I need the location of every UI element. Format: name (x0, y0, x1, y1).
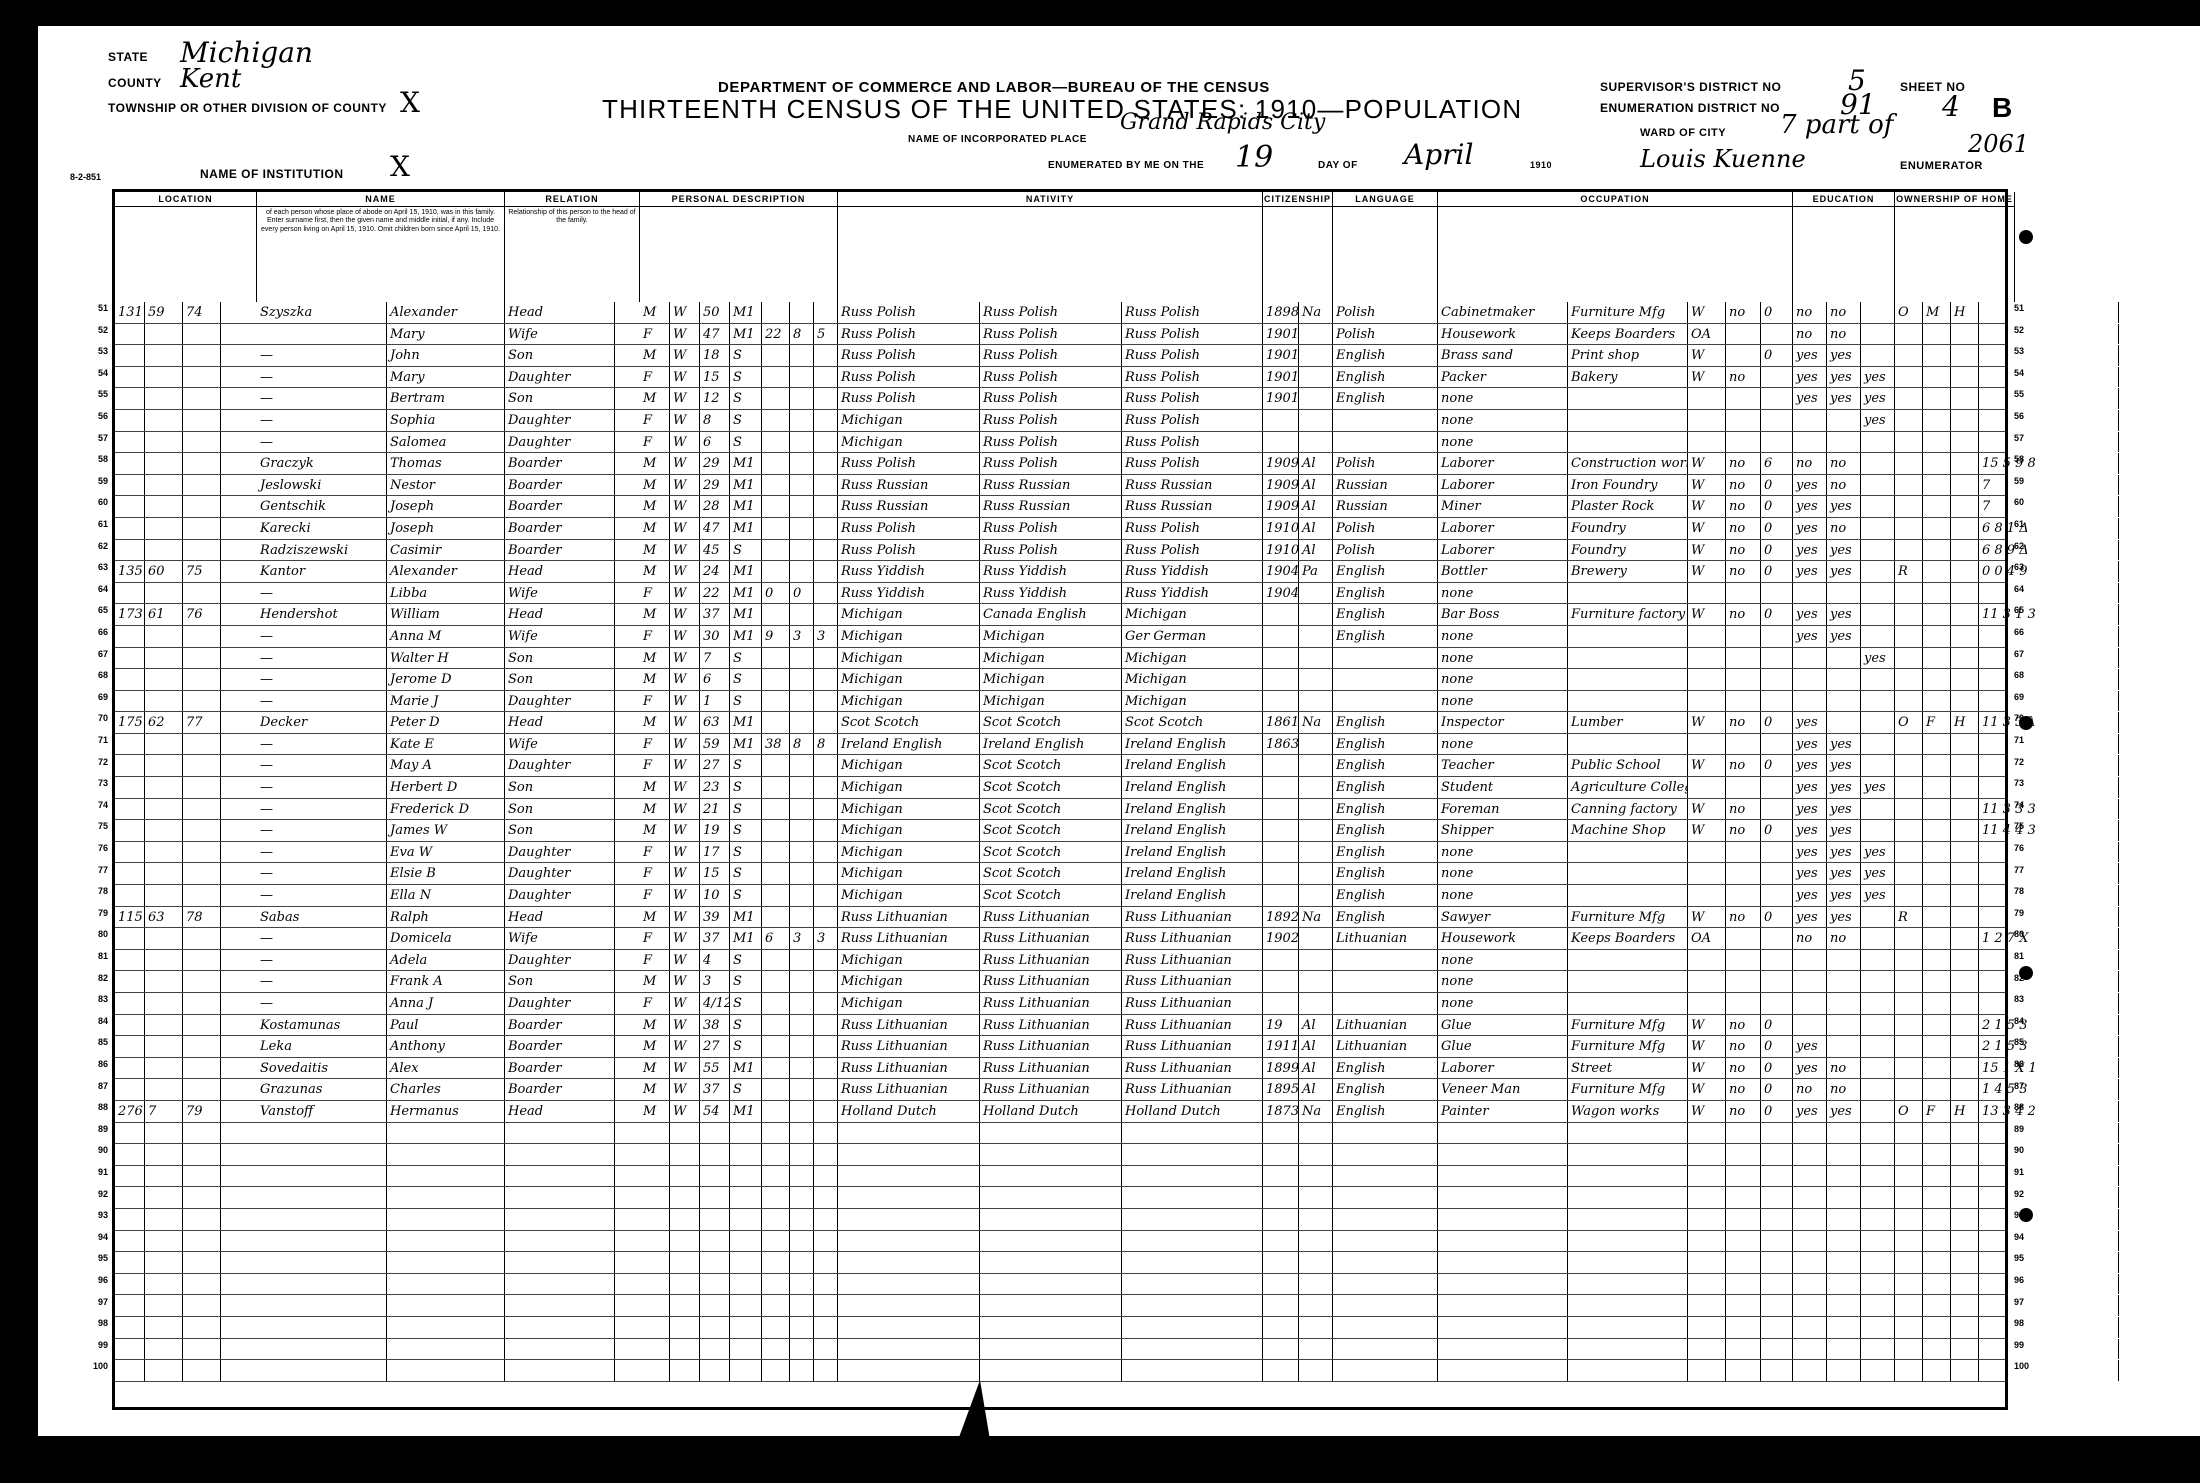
table-row: 1736176HendershotWilliamHeadMW37M1Michig… (115, 604, 2005, 626)
cell-lang (1333, 1360, 1438, 1381)
cell-father: Scot Scotch (980, 755, 1122, 776)
cell-nat: Al (1299, 1079, 1333, 1100)
cell-living (814, 1079, 838, 1100)
cell-weeks: 0 (1761, 475, 1793, 496)
cell-lang: English (1333, 777, 1438, 798)
cell-house (115, 648, 145, 669)
cell-farm (1951, 1339, 1979, 1360)
cell-given: Walter H (387, 648, 505, 669)
cell-given: John (387, 345, 505, 366)
cell-out: no (1726, 367, 1761, 388)
cell-race (670, 1123, 700, 1144)
cell-occupation: none (1438, 863, 1568, 884)
cell-father: Holland Dutch (980, 1101, 1122, 1122)
cell-dwelling (145, 367, 183, 388)
cell-out: no (1726, 1079, 1761, 1100)
county-label: COUNTY (108, 76, 162, 90)
cell-read: no (1793, 302, 1827, 323)
cell-out (1726, 1231, 1761, 1252)
cell-yrs-married (762, 1274, 790, 1295)
cell-own (1895, 928, 1923, 949)
cell-write (1827, 583, 1861, 604)
cell-father (980, 1252, 1122, 1273)
cell-weeks (1761, 367, 1793, 388)
cell-race: W (670, 367, 700, 388)
cell-marital: M1 (730, 453, 762, 474)
cell-marital: S (730, 540, 762, 561)
cell-yrs-married (762, 345, 790, 366)
cell-yrs-married (762, 842, 790, 863)
cell-father: Russ Polish (980, 432, 1122, 453)
cell-occupation: Miner (1438, 496, 1568, 517)
cell-industry (1568, 1360, 1688, 1381)
cell-surname: Gentschik (257, 496, 387, 517)
cell-class: W (1688, 1079, 1726, 1100)
cell-free (1923, 1036, 1951, 1057)
cell-living: 3 (814, 626, 838, 647)
cell-free (1923, 345, 1951, 366)
cell-codes: 0 0 4 9 (1979, 561, 2119, 582)
cell-read: yes (1793, 755, 1827, 776)
cell-race: W (670, 755, 700, 776)
line-number-right: 81 (2014, 951, 2036, 961)
cell-age: 59 (700, 734, 730, 755)
cell-class: W (1688, 712, 1726, 733)
paper-tear (958, 1380, 990, 1440)
cell-out (1726, 734, 1761, 755)
cell-living (814, 648, 838, 669)
cell-house (115, 345, 145, 366)
ward-extra: 2061 (1968, 130, 2029, 158)
table-row: KareckiJosephBoarderMW47M1Russ PolishRus… (115, 518, 2005, 540)
cell-sex (640, 1317, 670, 1338)
cell-occupation (1438, 1123, 1568, 1144)
line-number: 66 (86, 627, 108, 637)
cell-surname: — (257, 626, 387, 647)
cell-surname: Graczyk (257, 453, 387, 474)
cell-nat: Na (1299, 712, 1333, 733)
cell-industry (1568, 410, 1688, 431)
cell-relation: Daughter (505, 691, 615, 712)
cell-family (183, 1295, 221, 1316)
cell-father: Scot Scotch (980, 885, 1122, 906)
cell-age (700, 1295, 730, 1316)
cell-father: Russ Polish (980, 453, 1122, 474)
cell-relation: Son (505, 648, 615, 669)
cell-given: Thomas (387, 453, 505, 474)
cell-given: Domicela (387, 928, 505, 949)
cell-class (1688, 1187, 1726, 1208)
cell-lang: English (1333, 388, 1438, 409)
cell-living (814, 1295, 838, 1316)
cell-living: 5 (814, 324, 838, 345)
cell-family (183, 1123, 221, 1144)
cell-nat (1299, 388, 1333, 409)
cell-class (1688, 410, 1726, 431)
cell-occupation: Bar Boss (1438, 604, 1568, 625)
cell-immig (1263, 755, 1299, 776)
cell-born (790, 799, 814, 820)
cell-father: Michigan (980, 648, 1122, 669)
cell-school (1861, 907, 1895, 928)
cell-relation (505, 1360, 615, 1381)
cell-living (814, 907, 838, 928)
cell-weeks: 0 (1761, 561, 1793, 582)
cell-relation (505, 1339, 615, 1360)
cell-race (670, 1317, 700, 1338)
cell-sex: F (640, 691, 670, 712)
cell-living (814, 1252, 838, 1273)
col-group-relation: RELATION Relationship of this person to … (505, 192, 640, 302)
cell-family (183, 518, 221, 539)
cell-write (1827, 1317, 1861, 1338)
cell-marital: M1 (730, 928, 762, 949)
cell-birth: Michigan (838, 820, 980, 841)
cell-weeks (1761, 669, 1793, 690)
cell-father: Russ Polish (980, 324, 1122, 345)
cell-relation: Wife (505, 324, 615, 345)
cell-race: W (670, 885, 700, 906)
cell-surname (257, 1187, 387, 1208)
cell-industry (1568, 1123, 1688, 1144)
cell-father: Scot Scotch (980, 777, 1122, 798)
cell-relation: Son (505, 345, 615, 366)
cell-surname: — (257, 928, 387, 949)
cell-living (814, 1123, 838, 1144)
cell-relation (505, 1123, 615, 1144)
cell-weeks (1761, 648, 1793, 669)
cell-class: W (1688, 518, 1726, 539)
cell-read: yes (1793, 1036, 1827, 1057)
cell-race: W (670, 561, 700, 582)
cell-surname: Sovedaitis (257, 1058, 387, 1079)
cell-own (1895, 540, 1923, 561)
cell-marital: S (730, 755, 762, 776)
table-row: 1356075KantorAlexanderHeadMW24M1Russ Yid… (115, 561, 2005, 583)
line-number: 77 (86, 865, 108, 875)
cell-mother: Ireland English (1122, 799, 1263, 820)
cell-occupation: none (1438, 583, 1568, 604)
cell-weeks (1761, 1360, 1793, 1381)
cell-father: Russ Lithuanian (980, 928, 1122, 949)
col-group-occupation: OCCUPATION (1438, 192, 1793, 302)
cell-sex: M (640, 453, 670, 474)
cell-marital: S (730, 432, 762, 453)
line-number-right: 89 (2014, 1124, 2036, 1134)
cell-birth: Michigan (838, 755, 980, 776)
cell-own (1895, 345, 1923, 366)
cell-mother: Russ Lithuanian (1122, 993, 1263, 1014)
cell-nat: Al (1299, 453, 1333, 474)
cell-read (1793, 1015, 1827, 1036)
cell-write (1827, 1123, 1861, 1144)
cell-age: 18 (700, 345, 730, 366)
cell-born: 8 (790, 324, 814, 345)
cell-nat (1299, 885, 1333, 906)
cell-free (1923, 777, 1951, 798)
cell-mother: Russ Polish (1122, 432, 1263, 453)
cell-read: yes (1793, 604, 1827, 625)
cell-immig (1263, 669, 1299, 690)
cell-occupation: none (1438, 950, 1568, 971)
cell-yrs-married (762, 755, 790, 776)
cell-codes (1979, 1144, 2119, 1165)
cell-given: Peter D (387, 712, 505, 733)
cell-dwelling (145, 1123, 183, 1144)
cell-lang: English (1333, 367, 1438, 388)
cell-class (1688, 388, 1726, 409)
cell-birth: Michigan (838, 648, 980, 669)
cell-age: 37 (700, 1079, 730, 1100)
cell-birth: Michigan (838, 799, 980, 820)
cell-farm (1951, 950, 1979, 971)
line-number: 70 (86, 713, 108, 723)
cell-given (387, 1144, 505, 1165)
cell-own (1895, 626, 1923, 647)
cell-born (790, 453, 814, 474)
cell-dwelling (145, 388, 183, 409)
cell-read (1793, 950, 1827, 971)
cell-marital: S (730, 950, 762, 971)
cell-occupation (1438, 1339, 1568, 1360)
cell-nat: Al (1299, 540, 1333, 561)
cell-marital: S (730, 648, 762, 669)
cell-birth: Michigan (838, 950, 980, 971)
cell-occupation: Laborer (1438, 453, 1568, 474)
line-number: 98 (86, 1318, 108, 1328)
cell-farm (1951, 604, 1979, 625)
cell-weeks: 0 (1761, 1036, 1793, 1057)
cell-write: no (1827, 928, 1861, 949)
cell-read (1793, 1295, 1827, 1316)
cell-farm (1951, 669, 1979, 690)
cell-school (1861, 1317, 1895, 1338)
cell-nat (1299, 1144, 1333, 1165)
cell-race: W (670, 863, 700, 884)
cell-class: W (1688, 540, 1726, 561)
cell-weeks (1761, 1231, 1793, 1252)
cell-dwelling (145, 863, 183, 884)
cell-dwelling (145, 648, 183, 669)
cell-sex (640, 1274, 670, 1295)
cell-read (1793, 432, 1827, 453)
cell-surname: — (257, 648, 387, 669)
line-number-right: 63 (2014, 562, 2036, 572)
cell-dwelling (145, 540, 183, 561)
cell-weeks: 0 (1761, 755, 1793, 776)
cell-birth: Michigan (838, 432, 980, 453)
table-row: —Eva WDaughterFW17SMichiganScot ScotchIr… (115, 842, 2005, 864)
cell-marital (730, 1295, 762, 1316)
cell-race: W (670, 648, 700, 669)
cell-farm (1951, 755, 1979, 776)
cell-father: Russ Lithuanian (980, 993, 1122, 1014)
cell-surname: — (257, 367, 387, 388)
cell-age: 15 (700, 367, 730, 388)
cell-farm (1951, 475, 1979, 496)
cell-born (790, 669, 814, 690)
cell-lang: English (1333, 755, 1438, 776)
cell-immig: 1901 (1263, 324, 1299, 345)
cell-out: no (1726, 453, 1761, 474)
cell-yrs-married (762, 410, 790, 431)
cell-living (814, 1101, 838, 1122)
cell-house (115, 1317, 145, 1338)
cell-age (700, 1209, 730, 1230)
cell-surname: Jeslowski (257, 475, 387, 496)
cell-occupation: none (1438, 993, 1568, 1014)
cell-house: 175 (115, 712, 145, 733)
cell-yrs-married (762, 885, 790, 906)
cell-weeks: 0 (1761, 1058, 1793, 1079)
cell-own (1895, 1123, 1923, 1144)
cell-living (814, 755, 838, 776)
cell-dwelling (145, 971, 183, 992)
cell-born (790, 755, 814, 776)
cell-living (814, 1274, 838, 1295)
cell-nat (1299, 410, 1333, 431)
cell-out: no (1726, 712, 1761, 733)
cell-given: Bertram (387, 388, 505, 409)
cell-out (1726, 1339, 1761, 1360)
cell-out: no (1726, 604, 1761, 625)
cell-own (1895, 820, 1923, 841)
cell-given: Anna M (387, 626, 505, 647)
cell-free (1923, 1317, 1951, 1338)
cell-born (790, 1209, 814, 1230)
cell-codes (1979, 777, 2119, 798)
cell-dwelling (145, 993, 183, 1014)
cell-yrs-married (762, 820, 790, 841)
cell-relation: Wife (505, 583, 615, 604)
cell-write (1827, 1144, 1861, 1165)
cell-codes (1979, 648, 2119, 669)
cell-own (1895, 734, 1923, 755)
col-group-ownership: OWNERSHIP OF HOME (1895, 192, 2015, 302)
cell-house (115, 1339, 145, 1360)
cell-farm (1951, 1187, 1979, 1208)
cell-family (183, 1079, 221, 1100)
cell-race (670, 1187, 700, 1208)
cell-surname: — (257, 863, 387, 884)
line-number: 88 (86, 1102, 108, 1112)
cell-living (814, 842, 838, 863)
cell-birth (838, 1209, 980, 1230)
cell-nat (1299, 1123, 1333, 1144)
line-number-right: 96 (2014, 1275, 2036, 1285)
line-number: 73 (86, 778, 108, 788)
cell-immig (1263, 1360, 1299, 1381)
cell-school (1861, 583, 1895, 604)
cell-occupation: none (1438, 691, 1568, 712)
line-number-right: 100 (2014, 1361, 2036, 1371)
cell-farm (1951, 1317, 1979, 1338)
cell-school (1861, 496, 1895, 517)
cell-born: 0 (790, 583, 814, 604)
cell-own (1895, 1231, 1923, 1252)
cell-lang: English (1333, 863, 1438, 884)
cell-school (1861, 1360, 1895, 1381)
cell-given: Marie J (387, 691, 505, 712)
cell-school (1861, 1231, 1895, 1252)
cell-birth: Russ Russian (838, 496, 980, 517)
cell-read (1793, 971, 1827, 992)
line-number: 68 (86, 670, 108, 680)
cell-read: yes (1793, 1058, 1827, 1079)
cell-house (115, 971, 145, 992)
cell-write: yes (1827, 734, 1861, 755)
cell-nat (1299, 1295, 1333, 1316)
cell-house (115, 1015, 145, 1036)
cell-age: 37 (700, 928, 730, 949)
cell-house (115, 777, 145, 798)
cell-mother: Ireland English (1122, 734, 1263, 755)
cell-free (1923, 388, 1951, 409)
cell-free (1923, 691, 1951, 712)
cell-school (1861, 712, 1895, 733)
cell-write: yes (1827, 885, 1861, 906)
cell-father: Russ Polish (980, 518, 1122, 539)
cell-surname: — (257, 583, 387, 604)
cell-living (814, 885, 838, 906)
cell-lang: English (1333, 1058, 1438, 1079)
cell-school (1861, 1274, 1895, 1295)
line-number: 84 (86, 1016, 108, 1026)
cell-surname: — (257, 950, 387, 971)
cell-given: Herbert D (387, 777, 505, 798)
cell-living (814, 993, 838, 1014)
cell-given: Alexander (387, 302, 505, 323)
cell-write (1827, 1036, 1861, 1057)
cell-father: Russ Polish (980, 388, 1122, 409)
cell-industry (1568, 950, 1688, 971)
cell-codes (1979, 907, 2119, 928)
cell-immig (1263, 1231, 1299, 1252)
cell-class (1688, 1144, 1726, 1165)
cell-codes (1979, 626, 2119, 647)
cell-class (1688, 583, 1726, 604)
cell-marital: S (730, 971, 762, 992)
cell-yrs-married (762, 496, 790, 517)
cell-mother (1122, 1274, 1263, 1295)
cell-industry (1568, 388, 1688, 409)
cell-industry: Lumber (1568, 712, 1688, 733)
line-number: 56 (86, 411, 108, 421)
cell-farm (1951, 388, 1979, 409)
cell-birth: Michigan (838, 669, 980, 690)
cell-codes (1979, 950, 2119, 971)
table-row: 276779VanstoffHermanusHeadMW54M1Holland … (115, 1101, 2005, 1123)
cell-born (790, 1317, 814, 1338)
cell-sex: M (640, 777, 670, 798)
cell-lang (1333, 691, 1438, 712)
cell-occupation: none (1438, 432, 1568, 453)
cell-born (790, 777, 814, 798)
cell-industry: Furniture Mfg (1568, 1015, 1688, 1036)
cell-age (700, 1231, 730, 1252)
cell-father: Russ Lithuanian (980, 1058, 1122, 1079)
cell-own (1895, 842, 1923, 863)
cell-industry (1568, 583, 1688, 604)
cell-age: 30 (700, 626, 730, 647)
cell-house (115, 734, 145, 755)
cell-mother: Russ Polish (1122, 345, 1263, 366)
cell-farm (1951, 1015, 1979, 1036)
cell-immig: 1861 (1263, 712, 1299, 733)
cell-surname: — (257, 842, 387, 863)
cell-age (700, 1166, 730, 1187)
cell-nat (1299, 432, 1333, 453)
